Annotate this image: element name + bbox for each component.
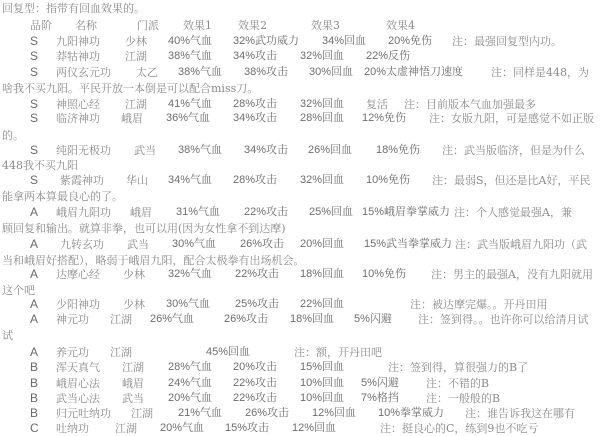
row-sect: 武当 xyxy=(134,144,156,157)
row-effect1: 34%气血 xyxy=(168,174,212,187)
row-effect1: 28%气血 xyxy=(168,361,212,374)
row-effect1: 30%气血 xyxy=(166,298,210,311)
row-effect4: 10%免伤 xyxy=(366,174,410,187)
row-name: 九阳神功 xyxy=(56,35,100,48)
row-note: 注：目前版本气血加强最多 xyxy=(404,98,536,111)
row-effect2: 26%攻击 xyxy=(240,238,284,251)
header-effect4: 效果4 xyxy=(386,19,415,32)
row-note: 注：签到得。。也许你可以给清月试 xyxy=(418,313,589,326)
row-effect2: 34%攻击 xyxy=(233,112,277,125)
row-sect: 太乙 xyxy=(136,66,158,79)
row-note: 注：男主的最强A，没有九阳就用 xyxy=(431,268,593,281)
row-note-continuation: 这个吧 xyxy=(2,284,35,297)
row-effect3: 32%回血 xyxy=(300,50,344,63)
row-name: 养元功 xyxy=(56,346,89,359)
row-effect1: 36%气血 xyxy=(166,112,210,125)
row-note: 注：武当版临济，但是为什么 xyxy=(442,144,585,157)
row-note: 注：同样是448，为 xyxy=(491,66,589,79)
row-effect1: 32%气血 xyxy=(168,268,212,281)
row-note-continuation: 的。 xyxy=(2,129,24,142)
row-sect: 少林 xyxy=(125,35,147,48)
row-sect: 峨眉 xyxy=(122,377,144,390)
row-note-continuation: 能拿两本算最良心的了。 xyxy=(2,190,123,203)
row-effect1: 38%气血 xyxy=(178,144,222,157)
row-grade: A xyxy=(30,346,38,359)
header-sect: 门派 xyxy=(137,19,159,32)
row-grade: B xyxy=(30,392,38,405)
header-effect2: 效果2 xyxy=(238,19,267,32)
row-effect1: 31%气血 xyxy=(176,206,220,219)
row-grade: B xyxy=(30,407,38,420)
row-effect2: 22%攻击 xyxy=(244,206,288,219)
row-effect2: 28%攻击 xyxy=(233,174,277,187)
row-effect1: 40%气血 xyxy=(168,35,212,48)
row-effect3: 18%回血 xyxy=(300,268,344,281)
row-effect4: 复活 xyxy=(366,98,388,111)
row-effect1: 41%气血 xyxy=(168,98,212,111)
row-effect2: 15%攻击 xyxy=(225,422,269,435)
row-grade: A xyxy=(30,238,38,251)
row-effect3: 15%回血 xyxy=(300,361,344,374)
row-note: 注：不错的B xyxy=(426,377,489,390)
row-effect2: 22%攻击 xyxy=(233,377,277,390)
row-effect2: 26%攻击 xyxy=(224,313,268,326)
row-effect1: 20%气血 xyxy=(160,422,204,435)
row-sect: 江湖 xyxy=(122,361,144,374)
row-name: 浑天真气 xyxy=(56,361,100,374)
row-sect: 江湖 xyxy=(131,407,153,420)
row-grade: B xyxy=(30,377,38,390)
row-name: 少阳神功 xyxy=(56,298,100,311)
row-effect4: 20%免伤 xyxy=(388,35,432,48)
row-sect: 华山 xyxy=(126,174,148,187)
row-grade: S xyxy=(30,35,38,48)
header-effect3: 效果3 xyxy=(311,19,340,32)
row-name: 归元吐纳功 xyxy=(56,407,111,420)
row-sect: 江湖 xyxy=(110,313,132,326)
row-effect3: 30%回血 xyxy=(309,66,353,79)
row-effect1: 38%气血 xyxy=(168,50,212,63)
row-note: 注：额，开丹田吧 xyxy=(294,346,382,359)
row-note: 注：最强回复型内功。 xyxy=(452,35,562,48)
row-name: 九转玄功 xyxy=(60,238,104,251)
row-effect3: 26%回血 xyxy=(308,144,352,157)
row-effect3: 32%回血 xyxy=(300,174,344,187)
row-effect2: 32%武功威力 xyxy=(233,35,299,48)
row-effect1: 30%气血 xyxy=(172,238,216,251)
row-note-continuation: 试 xyxy=(2,329,13,342)
row-effect2: 22%攻击 xyxy=(233,392,277,405)
intro-text: 回复型：指带有回血效果的。 xyxy=(2,2,145,15)
row-grade: A xyxy=(30,313,38,326)
row-name: 武当心法 xyxy=(56,392,100,405)
row-grade: S xyxy=(30,112,38,125)
row-effect2: 25%攻击 xyxy=(235,298,279,311)
row-effect4: 20%太虚神悟刀速度 xyxy=(364,66,463,79)
row-effect4: 12%免伤 xyxy=(362,112,406,125)
row-sect: 武当 xyxy=(127,238,149,251)
row-sect: 少林 xyxy=(123,268,145,281)
row-effect3: 10%回血 xyxy=(300,377,344,390)
row-effect1: 26%气血 xyxy=(150,313,194,326)
row-effect2: 34%攻击 xyxy=(244,144,288,157)
row-effect3: 34%回血 xyxy=(322,35,366,48)
row-effect4: 5%闪避 xyxy=(354,313,392,326)
row-grade: S xyxy=(30,66,38,79)
row-name: 临济神功 xyxy=(56,112,100,125)
row-name: 紫霞神功 xyxy=(60,174,104,187)
row-effect3: 45%回血 xyxy=(206,346,250,359)
row-effect3: 28%回血 xyxy=(300,112,344,125)
row-effect3: 25%回血 xyxy=(309,206,353,219)
row-grade: C xyxy=(30,422,39,435)
row-sect: 江湖 xyxy=(110,346,132,359)
row-note-continuation: 啥我不买九阳。平民开放一本倒是可以配合miss刀。 xyxy=(2,82,258,95)
row-sect: 峨眉 xyxy=(130,206,152,219)
row-note: 注：女版九阳，可是感觉不如正版 xyxy=(429,112,594,125)
row-effect1: 24%气血 xyxy=(168,377,212,390)
row-grade: S xyxy=(30,174,38,187)
row-effect3: 32%回血 xyxy=(300,98,344,111)
row-name: 神照心经 xyxy=(56,98,100,111)
row-name: 吐纳功 xyxy=(56,422,89,435)
header-grade: 品阶 xyxy=(30,19,52,32)
row-note: 注：最弱S，但还是比A好，平民 xyxy=(432,174,590,187)
row-effect3: 18%回血 xyxy=(290,313,334,326)
row-note: 注：被达摩完爆。。开丹田用 xyxy=(410,298,548,311)
row-effect3: 22%回血 xyxy=(300,298,344,311)
row-grade: S xyxy=(30,98,38,111)
row-name: 纯阳无极功 xyxy=(56,144,111,157)
row-effect1: 38%气血 xyxy=(178,66,222,79)
row-name: 两仪玄元功 xyxy=(56,66,111,79)
row-name: 峨眉九阳功 xyxy=(56,206,111,219)
row-sect: 峨眉 xyxy=(121,112,143,125)
row-note-continuation: 448我不买九阳 xyxy=(2,159,78,172)
row-grade: A xyxy=(30,268,38,281)
row-name: 峨眉心法 xyxy=(56,377,100,390)
row-effect1: 21%气血 xyxy=(178,407,222,420)
row-grade: A xyxy=(30,298,38,311)
row-sect: 少林 xyxy=(123,298,145,311)
row-grade: A xyxy=(30,206,38,219)
row-effect4: 5%闪避 xyxy=(361,377,399,390)
row-note-continuation: 当和峨眉好搭配），略弱于峨眉九阳，配合太极拳有出场机会。 xyxy=(2,254,305,267)
row-effect3: 12%回血 xyxy=(292,422,336,435)
row-note: 注：挺良心的C，练到9也不吃亏 xyxy=(380,422,538,435)
row-effect1: 20%气血 xyxy=(168,392,212,405)
row-effect2: 26%攻击 xyxy=(245,407,289,420)
row-note: 注：个人感觉最强A，兼 xyxy=(454,206,572,219)
row-effect2: 20%攻击 xyxy=(233,361,277,374)
row-note: 注：签到得，算很强力的B了 xyxy=(388,361,528,374)
row-grade: S xyxy=(30,50,38,63)
row-effect4: 22%反伤 xyxy=(366,50,410,63)
row-effect2: 22%攻击 xyxy=(235,268,279,281)
row-effect4: 10%拳掌威力 xyxy=(378,407,444,420)
row-sect: 江湖 xyxy=(125,50,147,63)
row-grade: S xyxy=(30,144,38,157)
row-note-continuation: 顾回复和输出。就算非拳，也可以用(因为女性拿不到达摩) xyxy=(2,222,286,235)
row-effect3: 10%回血 xyxy=(300,392,344,405)
row-effect2: 34%攻击 xyxy=(233,50,277,63)
row-effect4: 10%免伤 xyxy=(362,268,406,281)
row-effect4: 18%免伤 xyxy=(376,144,420,157)
row-grade: B xyxy=(30,361,38,374)
row-sect: 江湖 xyxy=(125,98,147,111)
row-note: 注：武当版峨眉九阳功（武 xyxy=(455,238,587,251)
row-sect: 武当 xyxy=(122,392,144,405)
row-sect: 江湖 xyxy=(115,422,137,435)
row-name: 达摩心经 xyxy=(56,268,100,281)
row-name: 神元功 xyxy=(56,313,89,326)
header-effect1: 效果1 xyxy=(183,19,212,32)
row-effect4: 7%格挡 xyxy=(361,392,399,405)
row-note: 注：一般般的B xyxy=(426,392,500,405)
row-effect2: 38%攻击 xyxy=(244,66,288,79)
row-effect2: 28%攻击 xyxy=(233,98,277,111)
row-effect3: 12%回血 xyxy=(312,407,356,420)
row-name: 莽牯神功 xyxy=(56,50,100,63)
header-name: 名称 xyxy=(75,19,97,32)
row-effect3: 20%回血 xyxy=(300,238,344,251)
row-effect4: 15%峨眉拳掌威力 xyxy=(362,206,450,219)
row-effect4: 15%武当拳掌威力 xyxy=(364,238,452,251)
row-note: 注：谁告诉我这在哪有 xyxy=(465,407,575,420)
